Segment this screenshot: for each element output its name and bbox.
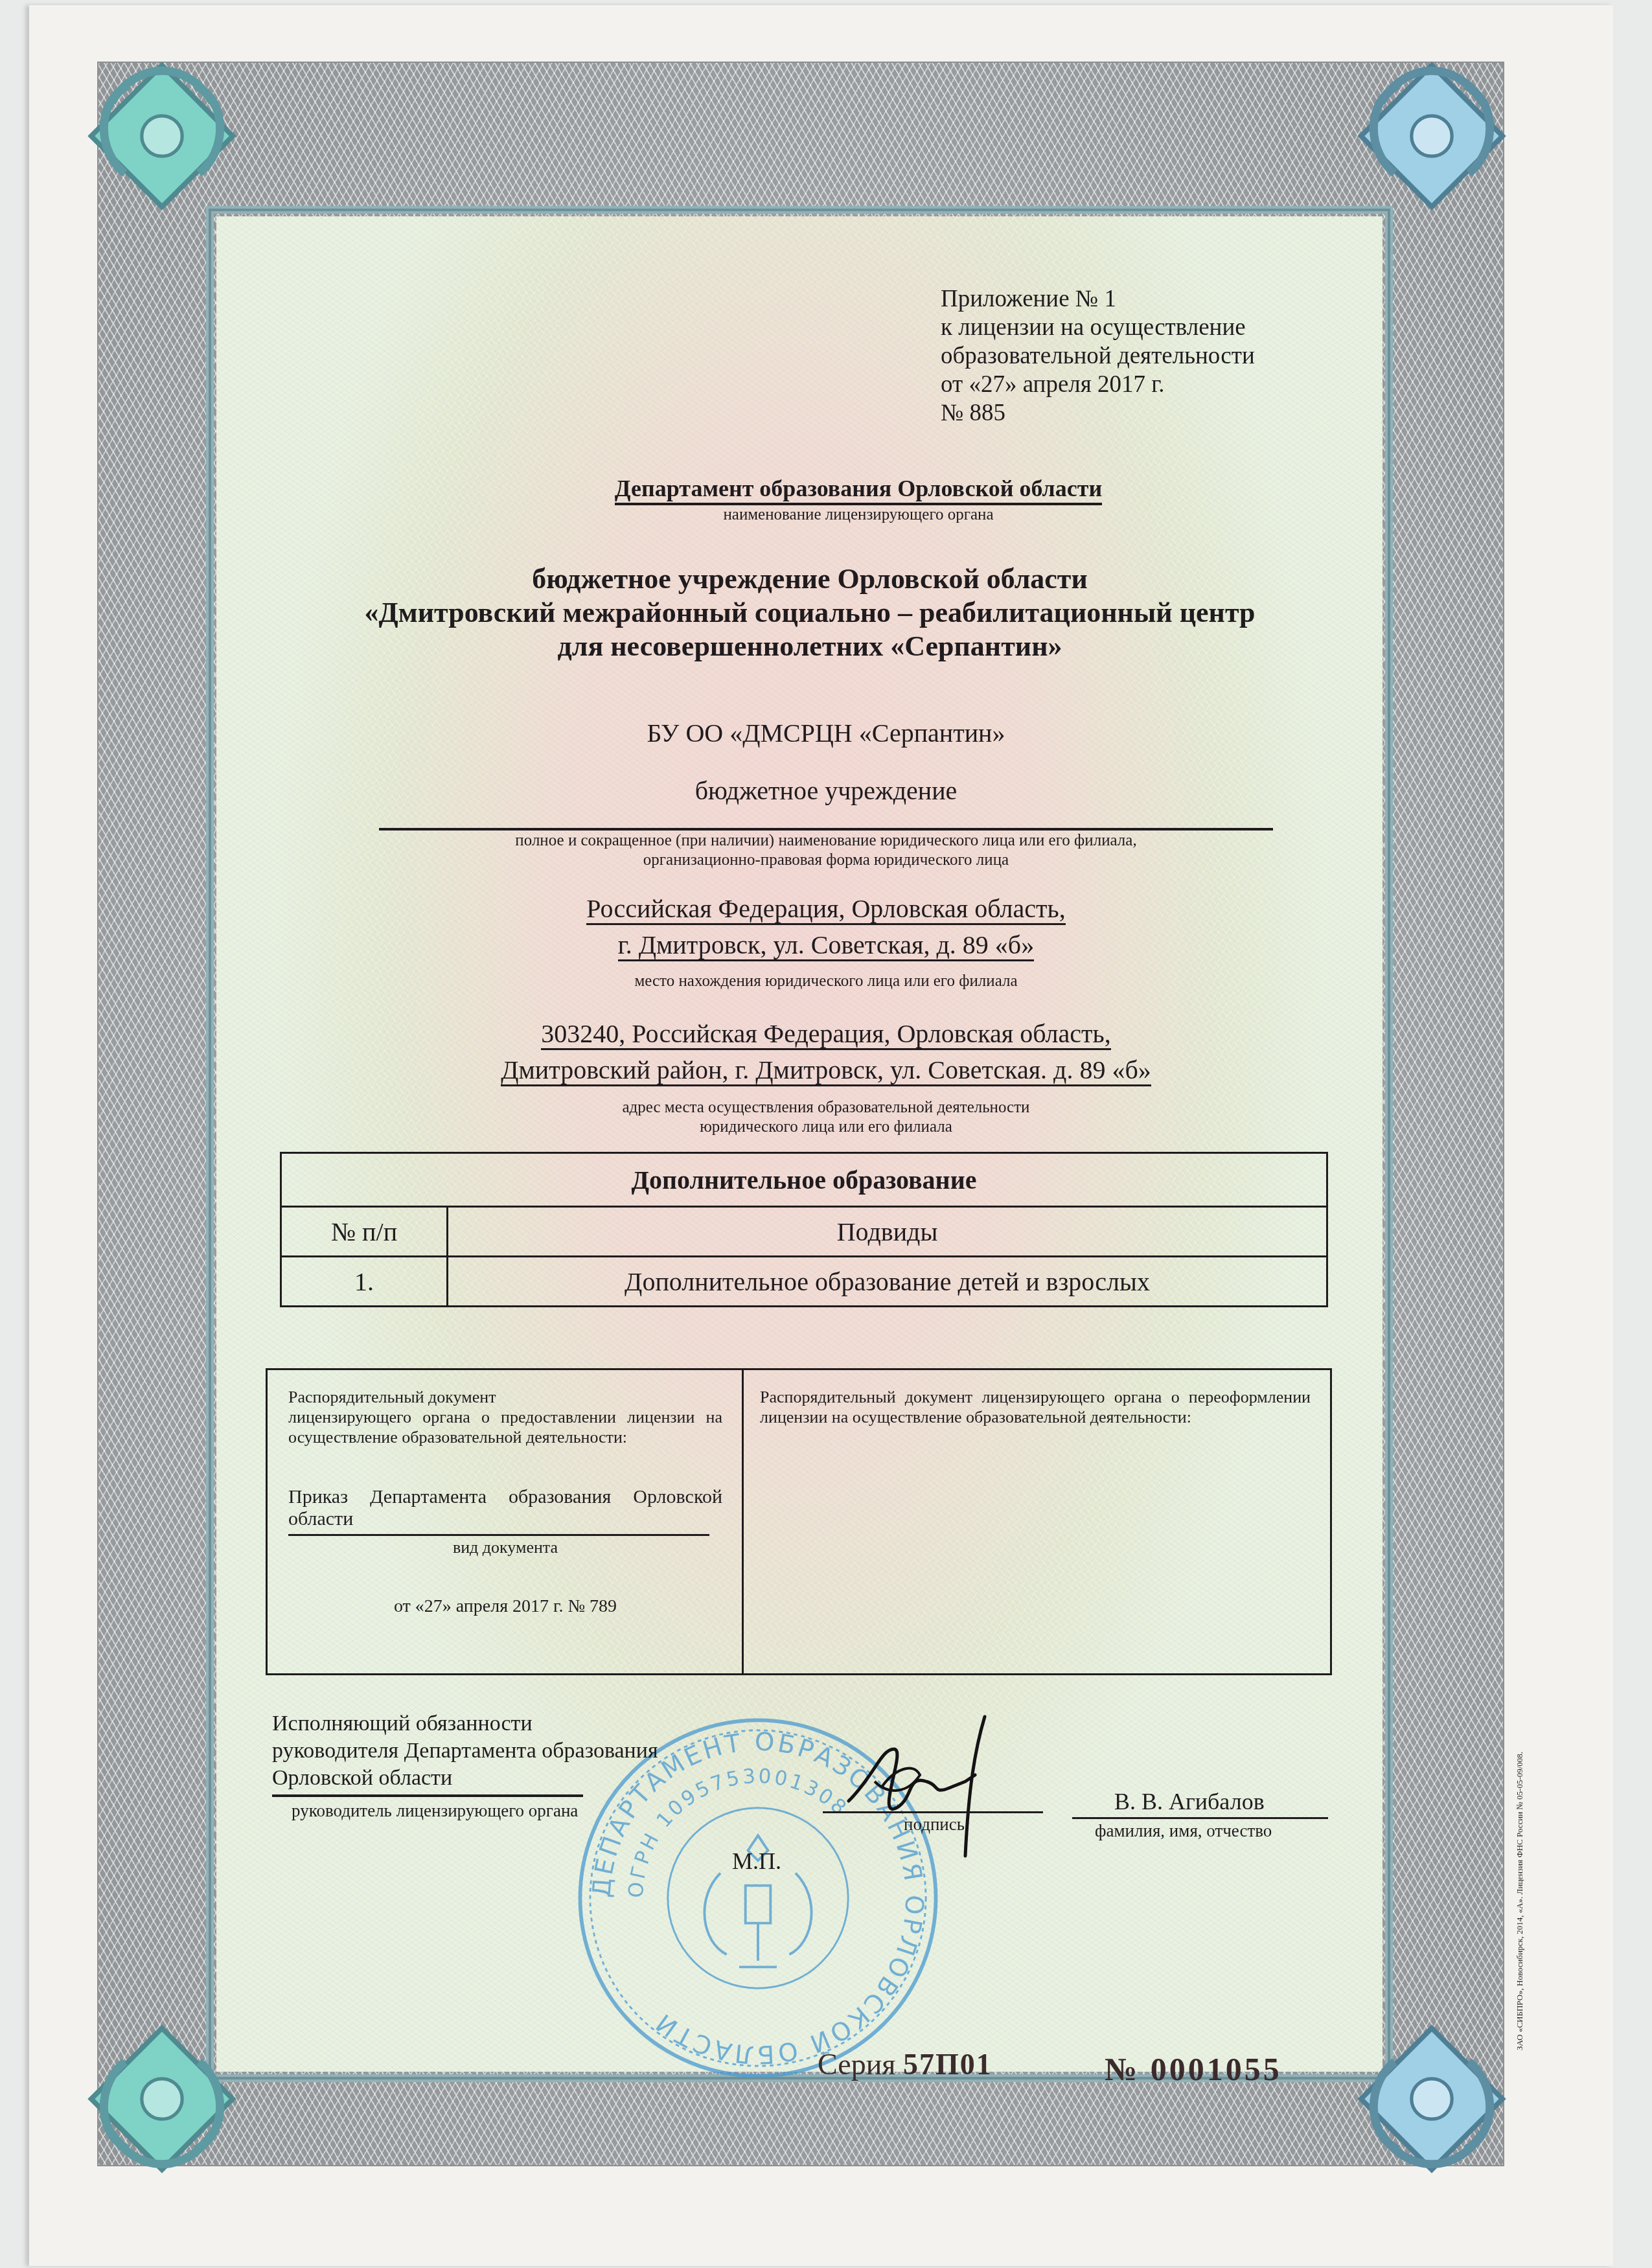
org-name-line: бюджетное учреждение Орловской области (259, 562, 1360, 596)
number-value: 0001055 (1151, 2051, 1282, 2087)
table-title: Дополнительное образование (281, 1153, 1327, 1207)
blank-number: № 0001055 (1105, 2050, 1282, 2088)
corner-ornament-icon (1348, 2015, 1516, 2183)
admin-documents-box: Распорядительный документ лицензирующего… (266, 1368, 1332, 1675)
table-header-row: № п/п Подвиды (281, 1207, 1327, 1257)
position-line: Исполняющий обязанности (272, 1710, 658, 1737)
handwritten-signature-icon (836, 1710, 1030, 1859)
organization-full-name: бюджетное учреждение Орловской области «… (259, 562, 1360, 663)
divider (272, 1794, 583, 1797)
signatory-name: В. В. Агибалов (1114, 1788, 1265, 1815)
series-value: 57П01 (903, 2048, 992, 2081)
signatory-position: Исполняющий обязанности руководителя Деп… (272, 1710, 658, 1792)
caption-line: полное и сокращенное (при наличии) наиме… (363, 831, 1289, 851)
grant-document-date: от «27» апреля 2017 г. № 789 (288, 1596, 722, 1616)
activity-address: 303240, Российская Федерация, Орловская … (363, 1016, 1289, 1088)
licensing-body-name: Департамент образования Орловской област… (615, 475, 1102, 505)
caption-line: юридического лица или его филиала (363, 1117, 1289, 1137)
appendix-line: образовательной деятельности (941, 342, 1255, 371)
address-line: 303240, Российская Федерация, Орловская … (541, 1019, 1110, 1050)
corner-ornament-icon (1348, 52, 1516, 220)
address-line: Российская Федерация, Орловская область, (586, 894, 1065, 925)
legal-address: Российская Федерация, Орловская область,… (389, 891, 1263, 963)
printer-imprint: ЗАО «СИБПРО», Новосибирск, 2014, «А». Ли… (1515, 1752, 1525, 2050)
name-caption: фамилия, имя, отчество (1095, 1821, 1272, 1841)
education-table: Дополнительное образование № п/п Подвиды… (280, 1152, 1328, 1307)
position-caption: руководитель лицензирующего органа (292, 1801, 578, 1821)
series-label: Серия (818, 2048, 895, 2081)
position-line: руководителя Департамента образования (272, 1737, 658, 1765)
column-header: Подвиды (448, 1207, 1327, 1257)
divider (823, 1811, 1043, 1813)
divider (379, 828, 1273, 830)
blank-series: Серия 57П01 (818, 2047, 992, 2081)
caption-line: организационно-правовая форма юридическо… (363, 851, 1289, 870)
document-type-caption: вид документа (288, 1537, 722, 1557)
org-name-line: для несовершеннолетних «Серпантин» (259, 630, 1360, 663)
licensing-body-caption: наименование лицензирующего органа (453, 505, 1263, 525)
table-row: 1. Дополнительное образование детей и вз… (281, 1257, 1327, 1307)
appendix-line: к лицензии на осуществление (941, 314, 1255, 342)
address-line: Дмитровский район, г. Дмитровск, ул. Сов… (501, 1055, 1151, 1086)
divider (1072, 1817, 1328, 1819)
column-header: № п/п (281, 1207, 448, 1257)
reissue-document-column: Распорядительный документ лицензирующего… (744, 1370, 1330, 1673)
organization-short-name: БУ ОО «ДМСРЦН «Серпантин» (389, 718, 1263, 748)
grant-heading: Распорядительный документ (288, 1387, 722, 1407)
organization-legal-form: бюджетное учреждение (389, 775, 1263, 806)
grant-document-type: Приказ Департамента образования Орловско… (288, 1486, 722, 1530)
number-label: № (1105, 2051, 1140, 2087)
divider (288, 1534, 709, 1536)
org-name-line: «Дмитровский межрайонный социально – реа… (259, 596, 1360, 630)
seal-place-label: М.П. (732, 1848, 781, 1875)
grant-document-column: Распорядительный документ лицензирующего… (268, 1370, 744, 1673)
corner-ornament-icon (78, 2015, 246, 2183)
grant-heading-text: лицензирующего органа о предоставлении л… (288, 1407, 722, 1447)
legal-address-caption: место нахождения юридического лица или е… (389, 972, 1263, 991)
table-cell: Дополнительное образование детей и взрос… (448, 1257, 1327, 1307)
appendix-header: Приложение № 1 к лицензии на осуществлен… (941, 285, 1255, 428)
licensing-body: Департамент образования Орловской област… (453, 475, 1263, 502)
appendix-title: Приложение № 1 (941, 285, 1255, 314)
appendix-number: № 885 (941, 399, 1255, 428)
caption-line: адрес места осуществления образовательно… (363, 1098, 1289, 1117)
address-line: г. Дмитровск, ул. Советская, д. 89 «б» (618, 930, 1034, 961)
corner-ornament-icon (78, 52, 246, 220)
signature-caption: подпись (904, 1815, 965, 1835)
reissue-heading: Распорядительный документ лицензирующего… (760, 1387, 1311, 1427)
position-line: Орловской области (272, 1765, 658, 1792)
appendix-date: от «27» апреля 2017 г. (941, 371, 1255, 399)
table-cell: 1. (281, 1257, 448, 1307)
activity-address-caption: адрес места осуществления образовательно… (363, 1098, 1289, 1137)
organization-caption: полное и сокращенное (при наличии) наиме… (363, 831, 1289, 870)
